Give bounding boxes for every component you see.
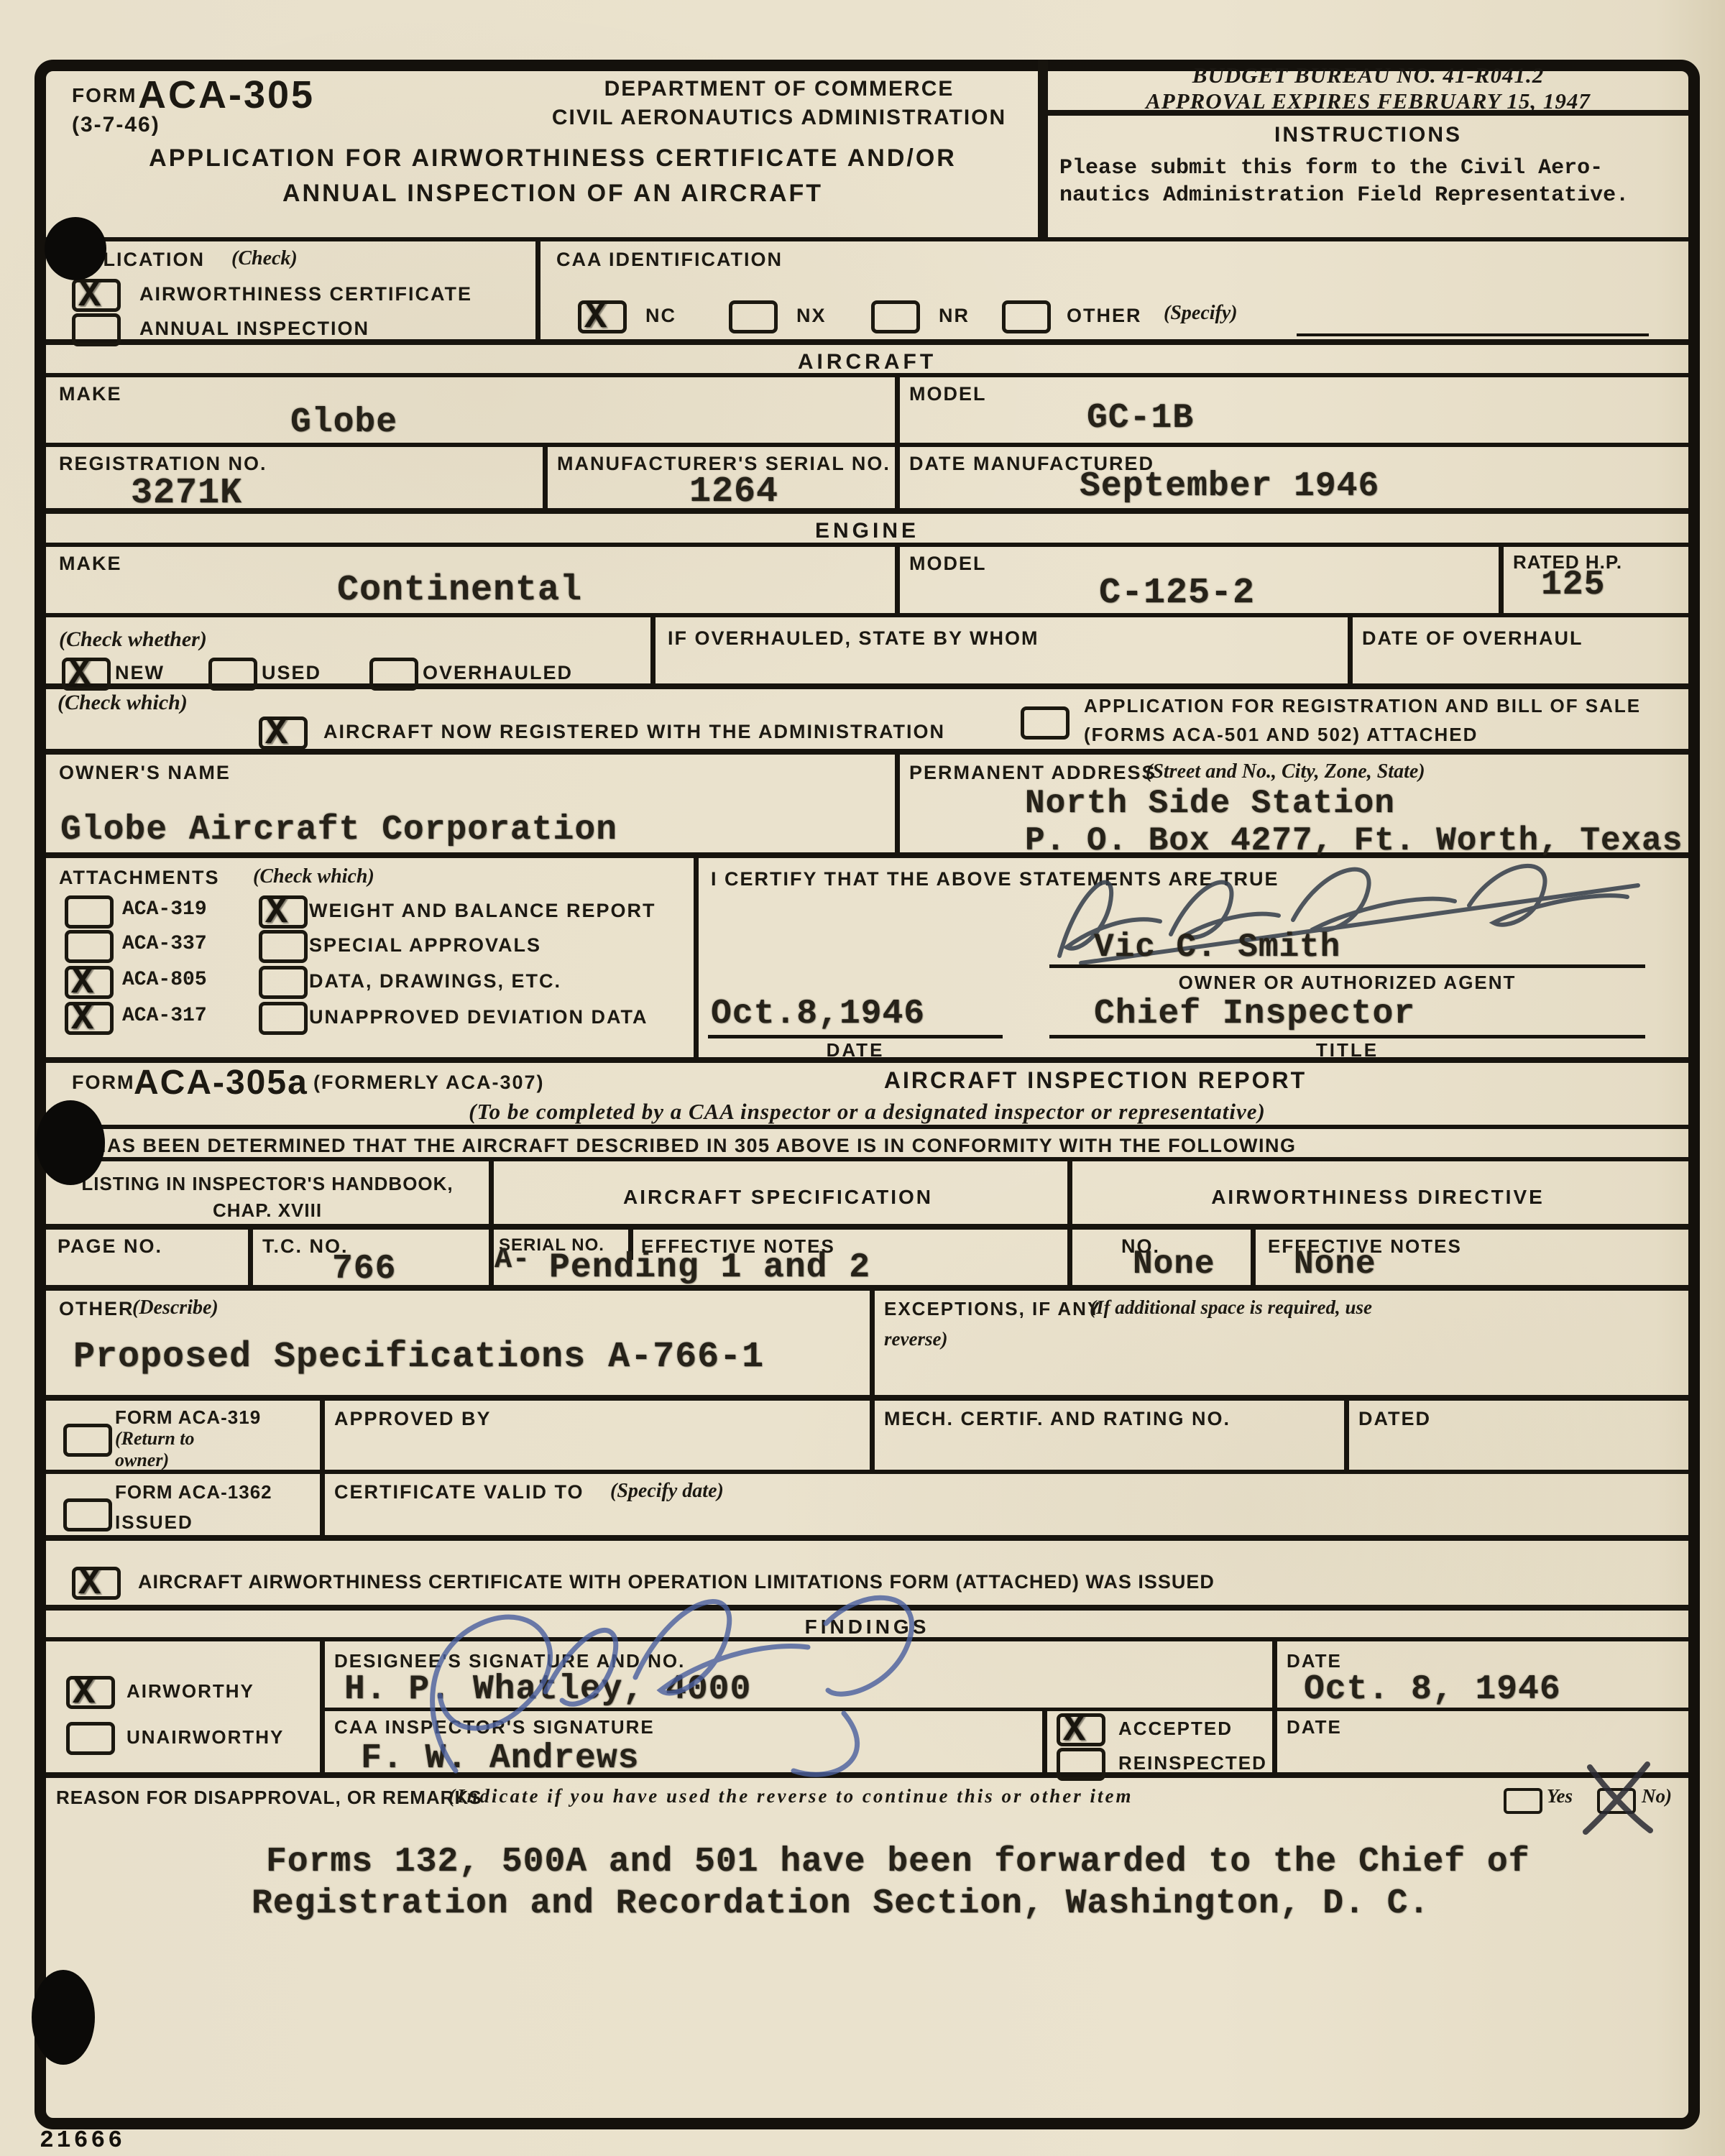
budget-line1-wrap: BUDGET BUREAU NO. 41-R041.2: [1048, 63, 1688, 88]
punch-hole-icon: [36, 1100, 105, 1185]
exceptions-note2: reverse): [884, 1328, 947, 1350]
form-aca-319-label: FORM ACA-319: [115, 1406, 261, 1429]
registered-checkbox[interactable]: [259, 717, 308, 750]
nr-checkbox[interactable]: [871, 300, 920, 333]
divider: [1348, 617, 1353, 683]
divider: [895, 377, 900, 443]
aircraft-model-value: GC-1B: [1087, 399, 1194, 438]
divider: [694, 858, 699, 1057]
findings-date-value: Oct. 8, 1946: [1304, 1670, 1561, 1709]
overhauled-checkbox[interactable]: [369, 658, 418, 691]
conformity-table-header: LISTING IN INSPECTOR'S HANDBOOK, CHAP. X…: [46, 1161, 1688, 1230]
weight-balance-label: WEIGHT AND BALANCE REPORT: [309, 900, 656, 922]
overhauled-label: OVERHAULED: [423, 662, 573, 684]
application-attached-line2: (FORMS ACA-501 AND 502) ATTACHED: [1084, 724, 1478, 746]
divider: [895, 447, 900, 508]
divider: [543, 447, 548, 508]
divider: [535, 241, 540, 339]
serial-no-value: A-: [494, 1244, 530, 1276]
divider: [320, 1641, 325, 1772]
mech-certif-label: MECH. CERTIF. AND RATING NO.: [884, 1408, 1230, 1430]
reinspected-checkbox[interactable]: [1057, 1748, 1105, 1781]
engine-make-value: Continental: [337, 570, 582, 611]
divider: [895, 755, 900, 852]
attachments-row: ATTACHMENTS (Check which) ACA-319 ACA-33…: [46, 858, 1688, 1063]
airworthy-checkbox[interactable]: [66, 1676, 115, 1709]
aca-317-checkbox[interactable]: [65, 1002, 114, 1035]
inspection-header-row: FORM ACA-305a (FORMERLY ACA-307) AIRCRAF…: [46, 1063, 1688, 1129]
remarks-line1: Forms 132, 500A and 501 have been forwar…: [266, 1843, 1529, 1881]
divider: [1499, 547, 1504, 613]
effective-notes-value: Pending 1 and 2: [549, 1248, 870, 1287]
owner-name-value: Globe Aircraft Corporation: [60, 811, 617, 849]
engine-make-label: MAKE: [59, 553, 122, 575]
other-checkbox[interactable]: [1002, 300, 1051, 333]
aircraft-section-bar: AIRCRAFT: [46, 345, 1688, 377]
data-drawings-label: DATA, DRAWINGS, ETC.: [309, 970, 561, 992]
used-checkbox[interactable]: [208, 658, 257, 691]
punch-hole-icon: [32, 1970, 95, 2065]
engine-make-row: MAKE Continental MODEL C-125-2 RATED H.P…: [46, 547, 1688, 617]
engine-section-bar: ENGINE: [46, 514, 1688, 547]
inspection-form-word: FORM: [72, 1072, 134, 1094]
ad-no-value: None: [1133, 1245, 1215, 1283]
inspection-subtitle: (To be completed by a CAA inspector or a…: [469, 1099, 1266, 1124]
instructions-line1: Please submit this form to the Civil Aer…: [1059, 156, 1603, 180]
aircraft-registration-row: REGISTRATION NO. 3271K MANUFACTURER'S SE…: [46, 447, 1688, 514]
divider: [1251, 1230, 1256, 1285]
other-specify-line[interactable]: [1297, 333, 1649, 336]
page-no-label: PAGE NO.: [57, 1235, 162, 1258]
certification-title-label: TITLE: [1049, 1039, 1645, 1061]
date-line[interactable]: [708, 1035, 1003, 1038]
engine-condition-row: (Check whether) NEW USED OVERHAULED IF O…: [46, 617, 1688, 689]
nx-label: NX: [796, 305, 827, 327]
accepted-label: ACCEPTED: [1118, 1718, 1233, 1740]
engine-model-value: C-125-2: [1099, 573, 1255, 614]
divider: [320, 1474, 325, 1535]
divider: [870, 1291, 875, 1395]
form-aca-1362-sub: ISSUED: [115, 1511, 193, 1534]
divider: [895, 547, 900, 613]
used-label: USED: [262, 662, 321, 684]
exceptions-label: EXCEPTIONS, IF ANY: [884, 1298, 1101, 1320]
punch-hole-icon: [45, 217, 106, 280]
nc-label: NC: [645, 305, 676, 327]
engine-model-label: MODEL: [909, 553, 987, 575]
department-line2: CIVIL AERONAUTICS ADMINISTRATION: [477, 106, 1081, 130]
remarks-line2: Registration and Recordation Section, Wa…: [252, 1884, 1430, 1923]
application-row: APPLICATION (Check) AIRWORTHINESS CERTIF…: [46, 241, 1688, 345]
other-row: OTHER (Describe) Proposed Specifications…: [46, 1291, 1688, 1401]
application-attached-line1: APPLICATION FOR REGISTRATION AND BILL OF…: [1084, 695, 1641, 717]
signature-line[interactable]: [1049, 964, 1645, 968]
registration-label: REGISTRATION NO.: [59, 453, 267, 475]
overhaul-date-label: DATE OF OVERHAUL: [1362, 627, 1583, 650]
signer-name-value: Vic C. Smith: [1094, 929, 1340, 966]
special-approvals-label: SPECIAL APPROVALS: [309, 934, 541, 957]
signature-h-p-whatley: [362, 1570, 1009, 1785]
aircraft-make-row: MAKE Globe MODEL GC-1B: [46, 377, 1688, 447]
divider: [1344, 1401, 1349, 1470]
unapproved-deviation-checkbox[interactable]: [259, 1002, 308, 1035]
form-number: ACA-305: [138, 73, 315, 117]
divider: [1272, 1641, 1277, 1772]
form-title-line1: APPLICATION FOR AIRWORTHINESS CERTIFICAT…: [75, 144, 1031, 172]
print-serial-number: 21666: [40, 2127, 125, 2154]
unairworthy-label: UNAIRWORTHY: [126, 1726, 284, 1749]
other-describe-label: OTHER: [59, 1298, 134, 1320]
exceptions-note1: (If additional space is required, use: [1090, 1296, 1372, 1319]
aca319-row: FORM ACA-319 (Return to owner) APPROVED …: [46, 1401, 1688, 1474]
inspection-subtitle-wrap: (To be completed by a CAA inspector or a…: [46, 1099, 1688, 1125]
annual-inspection-label: ANNUAL INSPECTION: [139, 318, 369, 340]
form-title-line2: ANNUAL INSPECTION OF AN AIRCRAFT: [75, 180, 1031, 208]
budget-line2: APPROVAL EXPIRES FEBRUARY 15, 1947: [1146, 88, 1591, 114]
handbook-header-line1: LISTING IN INSPECTOR'S HANDBOOK,: [46, 1173, 489, 1195]
special-approvals-checkbox[interactable]: [259, 930, 308, 963]
annual-inspection-checkbox[interactable]: [72, 313, 121, 346]
form-revision: (3-7-46): [72, 113, 160, 137]
department-block: DEPARTMENT OF COMMERCE CIVIL AERONAUTICS…: [477, 77, 1081, 130]
tc-no-value: 766: [332, 1250, 396, 1289]
department-line1: DEPARTMENT OF COMMERCE: [477, 77, 1081, 101]
divider: [870, 1401, 875, 1470]
certificate-issued-checkbox[interactable]: [72, 1567, 121, 1600]
registered-label: AIRCRAFT NOW REGISTERED WITH THE ADMINIS…: [323, 721, 945, 743]
remarks-label: REASON FOR DISAPPROVAL, OR REMARKS: [56, 1787, 482, 1809]
form-border: FORM ACA-305 (3-7-46) DEPARTMENT OF COMM…: [34, 60, 1700, 2129]
budget-line2-wrap: APPROVAL EXPIRES FEBRUARY 15, 1947: [1048, 88, 1688, 114]
owner-name-label: OWNER'S NAME: [59, 762, 231, 784]
scanned-form-page: { "header": { "form_word": "FORM", "form…: [0, 0, 1725, 2156]
form-aca-1362-label: FORM ACA-1362: [115, 1481, 272, 1503]
aca1362-row: FORM ACA-1362 ISSUED CERTIFICATE VALID T…: [46, 1474, 1688, 1541]
form-word: FORM: [72, 84, 137, 107]
other-value: Proposed Specifications A-766-1: [73, 1337, 764, 1378]
aca-337-label: ACA-337: [122, 933, 207, 955]
other-label: OTHER: [1067, 305, 1142, 327]
title-line[interactable]: [1049, 1035, 1645, 1038]
conformity-text: IT HAS BEEN DETERMINED THAT THE AIRCRAFT…: [66, 1135, 1297, 1157]
registration-status-row: (Check which) AIRCRAFT NOW REGISTERED WI…: [46, 689, 1688, 755]
overhaul-by-label: IF OVERHAULED, STATE BY WHOM: [668, 627, 1039, 650]
aca-805-label: ACA-805: [122, 969, 207, 991]
caa-identification-label: CAA IDENTIFICATION: [556, 249, 783, 271]
new-checkbox[interactable]: [62, 658, 111, 691]
instructions-line2: nautics Administration Field Representat…: [1059, 183, 1629, 208]
nx-checkbox[interactable]: [729, 300, 778, 333]
remarks-row: REASON FOR DISAPPROVAL, OR REMARKS (Indi…: [46, 1778, 1688, 2118]
divider: [1042, 1708, 1047, 1772]
form-aca-319-note1: (Return to: [115, 1428, 195, 1450]
weight-balance-checkbox[interactable]: [259, 895, 308, 929]
airworthiness-certificate-checkbox[interactable]: [72, 279, 121, 312]
inspection-formerly: (FORMERLY ACA-307): [313, 1072, 545, 1094]
certification-date-value: Oct.8,1946: [711, 995, 925, 1033]
header-row: FORM ACA-305 (3-7-46) DEPARTMENT OF COMM…: [46, 71, 1688, 241]
owner-row: OWNER'S NAME Globe Aircraft Corporation …: [46, 755, 1688, 858]
certificate-valid-note: (Specify date): [610, 1480, 724, 1503]
data-drawings-checkbox[interactable]: [259, 966, 308, 999]
address-note: (Street and No., City, Zone, State): [1146, 760, 1425, 783]
attachments-note: (Check which): [253, 865, 374, 888]
inspection-form-number: ACA-305a: [134, 1063, 308, 1102]
new-label: NEW: [115, 662, 165, 684]
date-manufactured-value: September 1946: [1080, 467, 1379, 506]
budget-box: BUDGET BUREAU NO. 41-R041.2 APPROVAL EXP…: [1038, 60, 1688, 116]
remarks-yes-checkbox[interactable]: [1504, 1788, 1542, 1814]
divider: [650, 617, 655, 683]
handbook-header: LISTING IN INSPECTOR'S HANDBOOK, CHAP. X…: [46, 1173, 489, 1222]
divider: [489, 1230, 494, 1285]
other-note: (Specify): [1164, 302, 1238, 325]
aircraft-make-value: Globe: [290, 403, 397, 442]
aircraft-section-label: AIRCRAFT: [798, 350, 937, 374]
certificate-valid-label: CERTIFICATE VALID TO: [334, 1481, 584, 1503]
approved-by-label: APPROVED BY: [334, 1408, 492, 1430]
budget-line1: BUDGET BUREAU NO. 41-R041.2: [1192, 63, 1544, 88]
form-aca-319-checkbox[interactable]: [63, 1424, 112, 1457]
airworthiness-certificate-label: AIRWORTHINESS CERTIFICATE: [139, 283, 472, 305]
airworthy-label: AIRWORTHY: [126, 1680, 254, 1703]
unairworthy-checkbox[interactable]: [66, 1722, 115, 1755]
handbook-header-line2: CHAP. XVIII: [46, 1199, 489, 1222]
attachments-label: ATTACHMENTS: [59, 867, 219, 889]
aca-319-label: ACA-319: [122, 898, 207, 921]
aca-319-checkbox[interactable]: [65, 895, 114, 929]
aca-317-label: ACA-317: [122, 1005, 207, 1027]
aca-337-checkbox[interactable]: [65, 930, 114, 963]
remarks-note: (Indicate if you have used the reverse t…: [448, 1785, 1133, 1807]
handwritten-x-mark: [1570, 1759, 1663, 1838]
certification-date-label: DATE: [708, 1039, 1003, 1061]
address-label: PERMANENT ADDRESS: [909, 762, 1156, 784]
conformity-values-row: PAGE NO. T.C. NO. 766 SERIAL NO. A- EFFE…: [46, 1230, 1688, 1291]
address-line1: North Side Station: [1025, 785, 1395, 822]
application-note: (Check): [231, 247, 298, 270]
dated-label: DATED: [1358, 1408, 1431, 1430]
instructions-title: INSTRUCTIONS: [1048, 123, 1688, 147]
airworthiness-directive-header: AIRWORTHINESS DIRECTIVE: [1067, 1186, 1688, 1209]
form-aca-319-note2: owner): [115, 1450, 169, 1471]
accepted-checkbox[interactable]: [1057, 1713, 1105, 1746]
application-attached-checkbox[interactable]: [1021, 706, 1069, 740]
signer-label: OWNER OR AUTHORIZED AGENT: [1049, 972, 1645, 994]
engine-section-label: ENGINE: [815, 519, 919, 543]
form-aca-1362-checkbox[interactable]: [63, 1498, 112, 1531]
unapproved-deviation-label: UNAPPROVED DEVIATION DATA: [309, 1006, 648, 1028]
divider: [320, 1401, 325, 1470]
rated-hp-value: 125: [1541, 566, 1605, 604]
aircraft-model-label: MODEL: [909, 383, 987, 405]
conformity-row: IT HAS BEEN DETERMINED THAT THE AIRCRAFT…: [46, 1129, 1688, 1161]
serial-value: 1264: [689, 471, 778, 512]
findings-date-label: DATE: [1287, 1650, 1342, 1672]
remarks-yes-label: Yes: [1547, 1785, 1573, 1807]
form-title: APPLICATION FOR AIRWORTHINESS CERTIFICAT…: [75, 144, 1031, 208]
divider: [1067, 1230, 1072, 1285]
nc-checkbox[interactable]: [578, 300, 627, 333]
aircraft-spec-header: AIRCRAFT SPECIFICATION: [489, 1186, 1067, 1209]
reinspected-label: REINSPECTED: [1118, 1752, 1267, 1774]
ad-notes-value: None: [1294, 1245, 1376, 1283]
check-which-label: (Check which): [57, 691, 188, 715]
check-whether-label: (Check whether): [59, 627, 207, 652]
instructions-box: INSTRUCTIONS Please submit this form to …: [1038, 116, 1688, 237]
inspection-title: AIRCRAFT INSPECTION REPORT: [765, 1067, 1426, 1094]
divider: [248, 1230, 253, 1285]
aca-805-checkbox[interactable]: [65, 966, 114, 999]
registration-value: 3271K: [131, 473, 242, 514]
findings-date2-label: DATE: [1287, 1716, 1342, 1738]
certification-title-value: Chief Inspector: [1094, 995, 1415, 1033]
other-describe-note: (Describe): [132, 1296, 218, 1319]
nr-label: NR: [939, 305, 970, 327]
aircraft-make-label: MAKE: [59, 383, 122, 405]
